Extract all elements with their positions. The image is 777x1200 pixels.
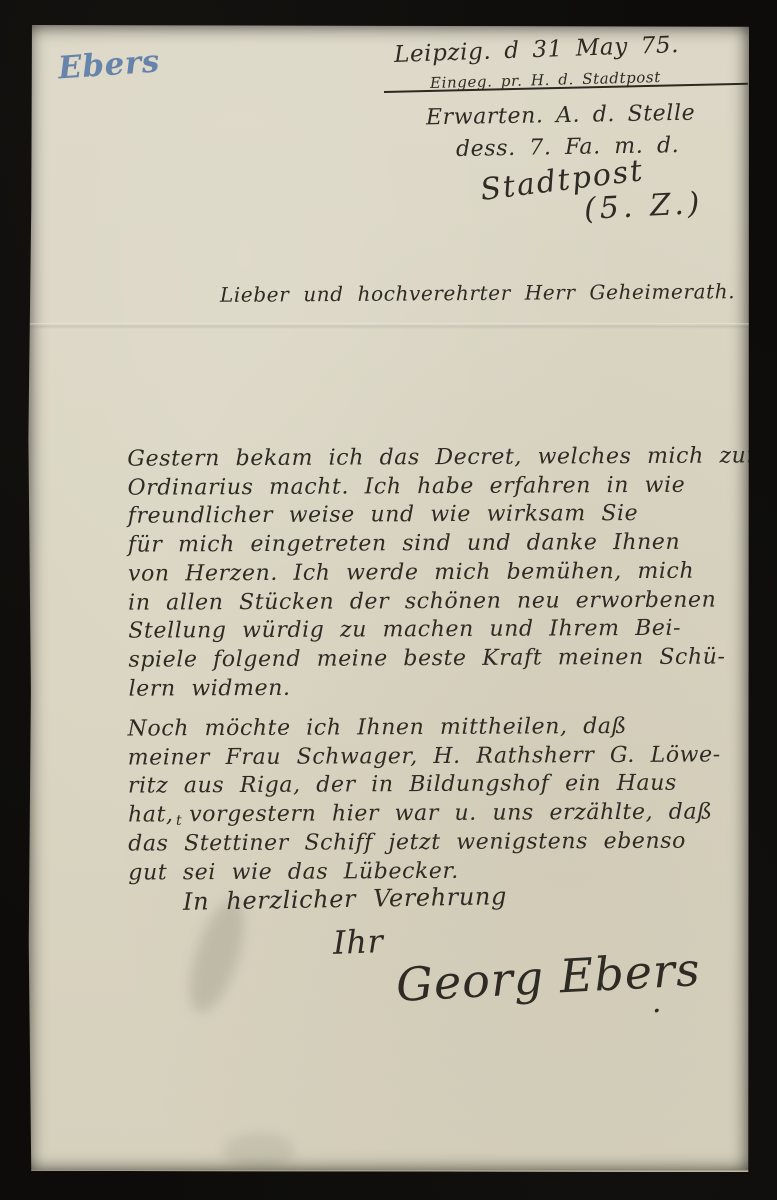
body-line: Stellung würdig zu machen und Ihrem Bei- [128,615,769,647]
closing-line: In herzlicher Verehrung [183,882,507,916]
body-line: das Stettiner Schiff jetzt wenigstens eb… [128,827,721,859]
closing-pronoun: Ihr [332,922,384,962]
body-line: spiele folgend meine beste Kraft meinen … [128,643,769,675]
body-line: lern widmen. [129,672,770,704]
annotation-line-4: (5. Z.) [583,186,704,227]
signature-period: . [652,985,662,1020]
body-paragraph-2: Noch möchte ich Ihnen mittheilen, daß me… [128,712,722,887]
body-line: Ordinarius macht. Ich habe erfahren in w… [127,471,768,503]
insertion-correction-mark: t [176,813,182,829]
body-line: für mich eingetreten sind und danke Ihne… [128,528,769,560]
archive-label-blue-pencil: Ebers [57,43,161,86]
salutation: Lieber und hochverehrter Herr Geheimerat… [220,279,735,307]
letter-page: Ebers Leipzig. d 31 May 75. Eingeg. pr. … [28,25,749,1172]
fold-crease [28,323,749,329]
body-line: freundlicher weise und wie wirksam Sie [128,500,769,532]
body-line: in allen Stücken der schönen neu erworbe… [128,586,769,618]
body-line: Noch möchte ich Ihnen mittheilen, daß [128,712,721,744]
body-line: Gestern bekam ich das Decret, welches mi… [127,442,768,474]
body-line: meiner Frau Schwager, H. Rathsherr G. Lö… [128,741,721,773]
body-line: hat, vorgestern hier war u. uns erzählte… [128,799,721,831]
annotation-line-2: dess. 7. Fa. m. d. [456,133,680,162]
dateline: Leipzig. d 31 May 75. [394,32,680,68]
body-line: von Herzen. Ich werde mich bemühen, mich [128,557,769,589]
body-line: ritz aus Riga, der in Bildungshof ein Ha… [128,770,721,802]
smudge-mark [223,1133,295,1169]
body-paragraph-1: Gestern bekam ich das Decret, welches mi… [127,442,769,704]
annotation-line-1: Erwarten. A. d. Stelle [426,101,696,131]
